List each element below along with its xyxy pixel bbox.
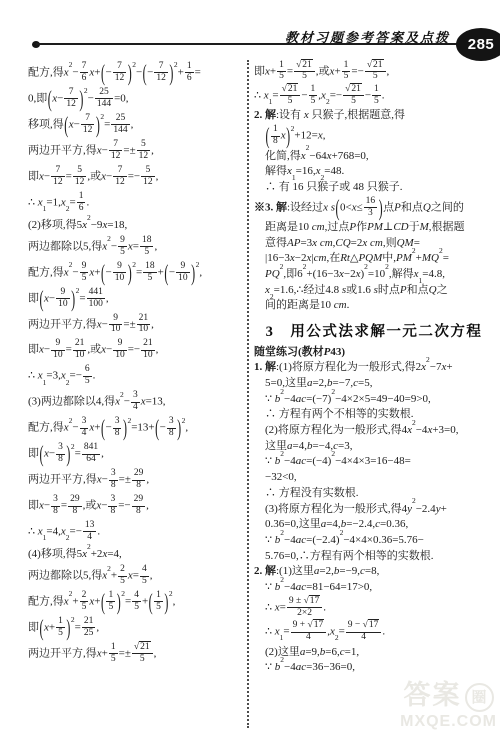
right-answers-column: 即x+15=√215,或x+15=−√215,∴ x1=√215−15,x2=−…: [254, 58, 494, 734]
solution-line: ∴ x1=√215−15,x2=−√215−15.: [254, 85, 494, 107]
solution-line: 2. 解:(1)这里a=2,b=−9,c=8,: [254, 565, 494, 578]
solution-line: −32<0,: [254, 471, 494, 484]
column-divider: [247, 60, 249, 728]
solution-line: 这里a=4,b=−4,c=3,: [254, 440, 494, 453]
section-title: 3 用公式法求解一元二次方程: [254, 320, 494, 341]
solution-line: 2. 解:设有 x 只猴子,根据题意,得: [254, 109, 494, 122]
solution-line: 移项,得(x−712)2=25144,: [28, 114, 244, 136]
scanned-page: 教材习题参考答案及点拨 285 配方,得x2−76x+(−712)2−(−712…: [0, 0, 500, 734]
solution-line: 间的距离是10 cm.: [254, 299, 494, 312]
solution-line: ∵ b2−4ac=36−36=0,: [254, 661, 494, 674]
solution-line: 即x+15=√215,或x+15=−√215,: [254, 61, 494, 83]
solution-line: |16−3x−2x|cm,在Rt△PQM中,PM2+MQ2=: [254, 252, 494, 265]
solution-line: (2)移项,得5x2−9x=18,: [28, 218, 244, 232]
solution-line: 即x−38=298,或x−38=−298,: [28, 495, 244, 517]
solution-line: (3)两边都除以4,得x2−34x=13,: [28, 391, 244, 413]
solution-line: 配方,得x2+25x+(15)2=45+(15)2,: [28, 591, 244, 613]
solution-line: 0,即(x−712)2−25144=0,: [28, 88, 244, 110]
solution-line: 两边开平方,得x+15=±√215,: [28, 643, 244, 665]
solution-line: 5.76=0,∴方程有两个相等的实数根.: [254, 550, 494, 563]
solution-line: 5=0,这里a=2,b=−7,c=5,: [254, 377, 494, 390]
solution-line: 两边都除以5,得x2+25x=45,: [28, 565, 244, 587]
solution-line: x2=1.6,∴经过4.8 s或1.6 s时点P和点Q之: [254, 284, 494, 297]
solution-line: (4)移项,得5x2+2x=4,: [28, 547, 244, 561]
left-answers-column: 配方,得x2−76x+(−712)2−(−712)2+16=0,即(x−712)…: [28, 58, 244, 734]
solution-line: 配方,得x2−95x+(−910)2=185+(−910)2,: [28, 262, 244, 284]
solution-line: 配方,得x2−34x+(−38)2=13+(−38)2,: [28, 417, 244, 439]
solution-line: 随堂练习(教材P43): [254, 346, 494, 359]
solution-line: ∵ b2−4ac=(−4)2−4×4×3=16−48=: [254, 455, 494, 468]
solution-line: 两边开平方,得x−712=±512,: [28, 140, 244, 162]
solution-line: ∵ b2−4ac=(−7)2−4×2×5=49−40=9>0,: [254, 393, 494, 406]
solution-line: 意得AP=3x cm,CQ=2x cm,则QM=: [254, 237, 494, 250]
solution-line: ※3. 解:设经过x s(0<x≤163)点P和点Q之间的: [254, 197, 494, 219]
solution-line: ∴ x=9 ± √172×2.: [254, 597, 494, 619]
solution-line: ∵ b2−4ac=(−2.4)2−4×4×0.36=5.76−: [254, 534, 494, 547]
solution-line: (2)这里a=9,b=6,c=1,: [254, 646, 494, 659]
solution-line: 1. 解:(1)将原方程化为一般形式,得2x2−7x+: [254, 361, 494, 374]
solution-line: 0.36=0,这里a=4,b=−2.4,c=0.36,: [254, 518, 494, 531]
solution-line: ∴ 方程没有实数根.: [254, 487, 494, 500]
solution-line: 距离是10 cm,过点P作PM⊥CD于M,根据题: [254, 221, 494, 234]
solution-line: 两边开平方,得x−38=±298,: [28, 469, 244, 491]
solution-line: 两边都除以5,得x2−95x=185,: [28, 236, 244, 258]
solution-line: (3)将原方程化为一般形式,得4y2−2.4y+: [254, 503, 494, 516]
solution-line: (18x)2+12=x,: [254, 125, 494, 147]
solution-line: 两边开平方,得x−910=±2110,: [28, 314, 244, 336]
header-title: 教材习题参考答案及点拨: [285, 27, 450, 46]
solution-line: ∴ 有 16 只猴子或 48 只猴子.: [254, 181, 494, 194]
solution-line: ∴ x1=4,x2=−134.: [28, 521, 244, 543]
solution-line: (2)将原方程化为一般形式,得4x2−4x+3=0,: [254, 424, 494, 437]
solution-line: 配方,得x2−76x+(−712)2−(−712)2+16=: [28, 62, 244, 84]
solution-line: ∴ x1=9 + √174,x2=9 − √174.: [254, 621, 494, 643]
solution-line: 即x−910=2110,或x−910=−2110,: [28, 339, 244, 361]
solution-line: 即(x+15)2=2125,: [28, 617, 244, 639]
page-number-badge: 285: [456, 28, 500, 61]
page-header: 教材习题参考答案及点拨 285: [0, 0, 500, 64]
solution-line: ∴ x1=1,x2=16.: [28, 192, 244, 214]
solution-line: 解得x1=16,x2=48.: [254, 165, 494, 178]
solution-line: 即(x−910)2=441100,: [28, 288, 244, 310]
solution-line: PQ2,即62+(16−3x−2x)2=102,解得x1=4.8,: [254, 268, 494, 281]
solution-line: ∴ 方程有两个不相等的实数根.: [254, 408, 494, 421]
solution-line: 化简,得x2−64x+768=0,: [254, 150, 494, 163]
solution-line: ∵ b2−4ac=81−64=17>0,: [254, 581, 494, 594]
solution-line: 即(x−38)2=84164,: [28, 443, 244, 465]
solution-line: 即x−712=512,或x−712=−512,: [28, 166, 244, 188]
content-columns: 配方,得x2−76x+(−712)2−(−712)2+16=0,即(x−712)…: [28, 58, 496, 734]
solution-line: ∴ x1=3,x2=−65.: [28, 365, 244, 387]
